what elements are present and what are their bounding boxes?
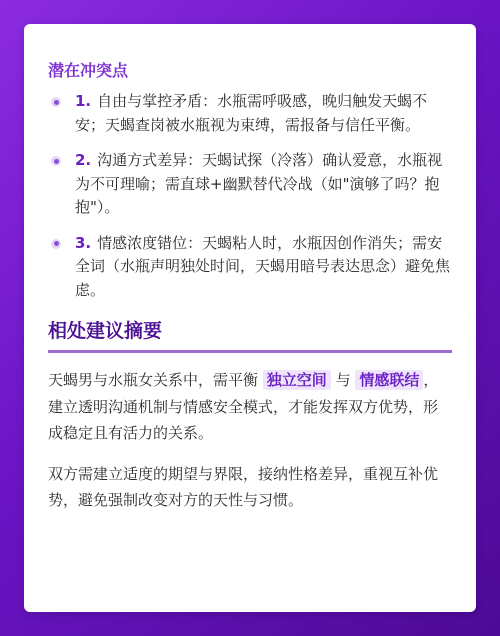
conflict-item: 3.情感浓度错位：天蝎粘人时，水瓶因创作消失；需安全词（水瓶声明独处时间，天蝎用… <box>48 232 452 303</box>
highlight-independent-space: 独立空间 <box>263 370 331 390</box>
highlight-emotional-connection: 情感联结 <box>355 370 423 390</box>
item-text: 沟通方式差异：天蝎试探（冷落）确认爱意，水瓶视为不可理喻；需直球+幽默替代冷战（… <box>75 151 442 216</box>
conflicts-heading: 潜在冲突点 <box>48 60 452 82</box>
item-text: 自由与掌控矛盾：水瓶需呼吸感，晚归触发天蝎不安；天蝎查岗被水瓶视为束缚，需报备与… <box>75 92 427 134</box>
conflict-item: 1.自由与掌控矛盾：水瓶需呼吸感，晚归触发天蝎不安；天蝎查岗被水瓶视为束缚，需报… <box>48 90 452 137</box>
conflict-item: 2.沟通方式差异：天蝎试探（冷落）确认爱意，水瓶视为不可理喻；需直球+幽默替代冷… <box>48 149 452 220</box>
summary-paragraph-1: 天蝎男与水瓶女关系中，需平衡 独立空间 与 情感联结，建立透明沟通机制与情感安全… <box>48 367 452 447</box>
bullet-dot-icon <box>51 97 61 107</box>
summary-paragraph-2: 双方需建立适度的期望与界限，接纳性格差异，重视互补优势，避免强制改变对方的天性与… <box>48 461 452 514</box>
content-card: 潜在冲突点 1.自由与掌控矛盾：水瓶需呼吸感，晚归触发天蝎不安；天蝎查岗被水瓶视… <box>24 24 476 612</box>
bullet-dot-icon <box>51 156 61 166</box>
item-number: 2. <box>75 151 91 169</box>
para1-text-middle: 与 <box>331 371 356 389</box>
para1-text-before: 天蝎男与水瓶女关系中，需平衡 <box>48 371 263 389</box>
item-number: 1. <box>75 92 91 110</box>
bullet-dot-icon <box>51 239 61 249</box>
item-text: 情感浓度错位：天蝎粘人时，水瓶因创作消失；需安全词（水瓶声明独处时间，天蝎用暗号… <box>75 234 450 299</box>
summary-heading: 相处建议摘要 <box>48 318 452 353</box>
item-number: 3. <box>75 234 91 252</box>
